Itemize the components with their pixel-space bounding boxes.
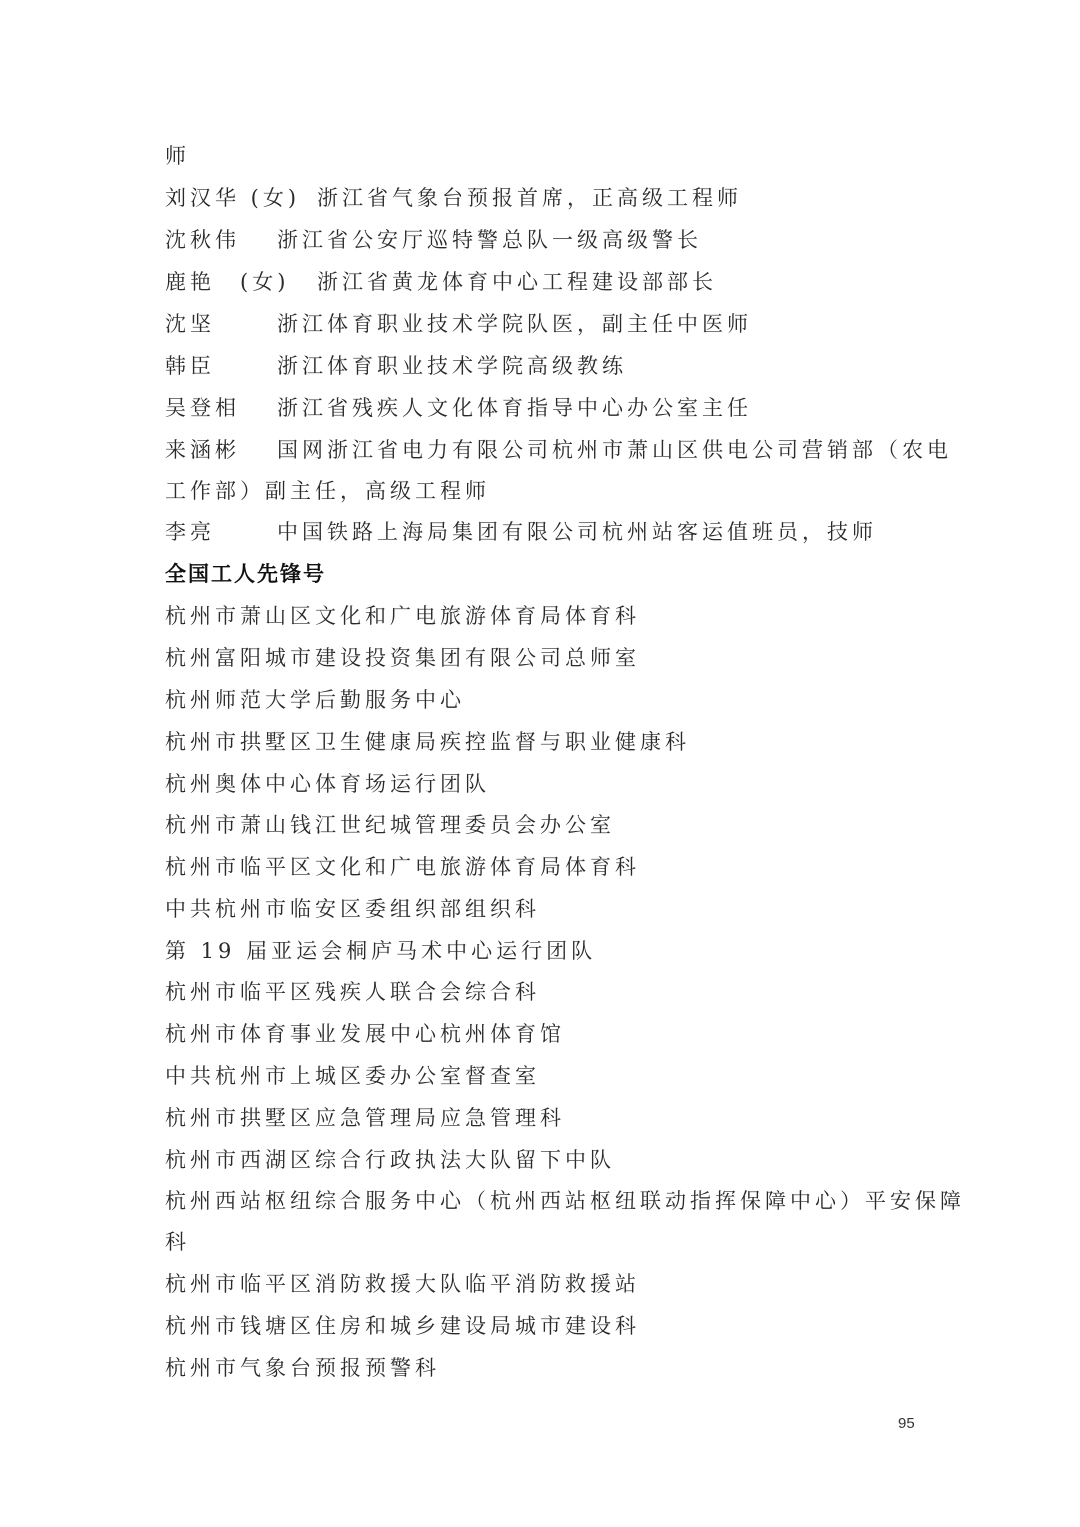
org-item: 杭州市拱墅区卫生健康局疾控监督与职业健康科 <box>165 728 690 756</box>
person-name: 李亮 <box>165 518 277 546</box>
person-entry: 李亮中国铁路上海局集团有限公司杭州站客运值班员，技师 <box>165 518 877 546</box>
org-item: 杭州市体育事业发展中心杭州体育馆 <box>165 1020 565 1048</box>
org-item-continued: 科 <box>165 1228 190 1256</box>
org-item: 杭州市萧山区文化和广电旅游体育局体育科 <box>165 602 640 630</box>
person-name: 沈秋伟 <box>165 226 277 254</box>
org-item: 杭州奥体中心体育场运行团队 <box>165 770 490 798</box>
person-desc: 浙江体育职业技术学院队医，副主任中医师 <box>277 312 752 336</box>
person-entry: 韩臣浙江体育职业技术学院高级教练 <box>165 352 627 380</box>
person-name: 鹿艳 (女) <box>165 268 317 296</box>
person-name: 韩臣 <box>165 352 277 380</box>
org-item: 第 19 届亚运会桐庐马术中心运行团队 <box>165 937 596 965</box>
org-item: 中共杭州市临安区委组织部组织科 <box>165 895 540 923</box>
org-item: 杭州市西湖区综合行政执法大队留下中队 <box>165 1146 615 1174</box>
person-entry: 鹿艳 (女)浙江省黄龙体育中心工程建设部部长 <box>165 268 717 296</box>
person-desc-continued: 工作部）副主任，高级工程师 <box>165 477 490 505</box>
person-desc: 浙江体育职业技术学院高级教练 <box>277 354 627 378</box>
org-item: 杭州市临平区消防救援大队临平消防救援站 <box>165 1270 640 1298</box>
person-name: 吴登相 <box>165 394 277 422</box>
person-entry: 吴登相浙江省残疾人文化体育指导中心办公室主任 <box>165 394 752 422</box>
org-item: 杭州师范大学后勤服务中心 <box>165 686 465 714</box>
org-item: 杭州市临平区残疾人联合会综合科 <box>165 978 540 1006</box>
document-page: 师 刘汉华 (女)浙江省气象台预报首席，正高级工程师 沈秋伟浙江省公安厅巡特警总… <box>0 0 1080 1527</box>
org-item: 杭州市萧山钱江世纪城管理委员会办公室 <box>165 811 615 839</box>
org-item: 杭州西站枢纽综合服务中心（杭州西站枢纽联动指挥保障中心）平安保障 <box>165 1187 965 1215</box>
continued-text: 师 <box>165 142 190 170</box>
person-name: 刘汉华 (女) <box>165 184 317 212</box>
person-name: 沈坚 <box>165 310 277 338</box>
person-entry: 刘汉华 (女)浙江省气象台预报首席，正高级工程师 <box>165 184 742 212</box>
org-item: 中共杭州市上城区委办公室督查室 <box>165 1062 540 1090</box>
org-item: 杭州市钱塘区住房和城乡建设局城市建设科 <box>165 1312 640 1340</box>
person-name: 来涵彬 <box>165 436 277 464</box>
section-heading: 全国工人先锋号 <box>165 560 326 588</box>
org-item: 杭州富阳城市建设投资集团有限公司总师室 <box>165 644 640 672</box>
person-desc: 浙江省黄龙体育中心工程建设部部长 <box>317 270 717 294</box>
page-number: 95 <box>898 1415 915 1432</box>
person-entry: 来涵彬国网浙江省电力有限公司杭州市萧山区供电公司营销部（农电 <box>165 436 952 464</box>
person-desc: 浙江省气象台预报首席，正高级工程师 <box>317 186 742 210</box>
person-desc: 浙江省公安厅巡特警总队一级高级警长 <box>277 228 702 252</box>
org-item: 杭州市临平区文化和广电旅游体育局体育科 <box>165 853 640 881</box>
person-desc: 浙江省残疾人文化体育指导中心办公室主任 <box>277 396 752 420</box>
person-desc: 国网浙江省电力有限公司杭州市萧山区供电公司营销部（农电 <box>277 438 952 462</box>
person-desc: 中国铁路上海局集团有限公司杭州站客运值班员，技师 <box>277 520 877 544</box>
person-entry: 沈坚浙江体育职业技术学院队医，副主任中医师 <box>165 310 752 338</box>
org-item: 杭州市气象台预报预警科 <box>165 1354 440 1382</box>
org-item: 杭州市拱墅区应急管理局应急管理科 <box>165 1104 565 1132</box>
person-entry: 沈秋伟浙江省公安厅巡特警总队一级高级警长 <box>165 226 702 254</box>
